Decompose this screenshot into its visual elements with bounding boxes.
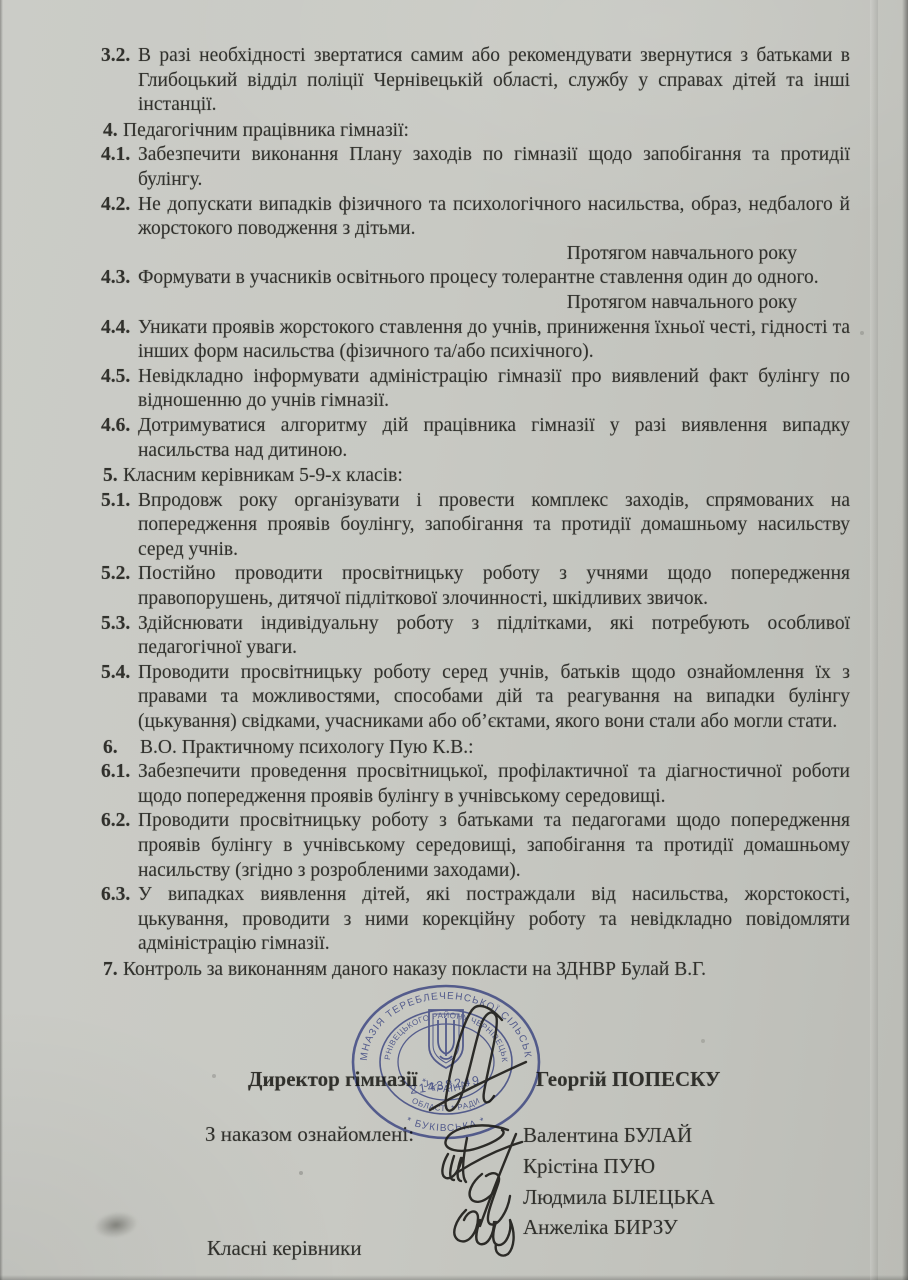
stamp-and-signatures: ГІМНАЗІЯ ТЕРЕБЛЕЧЕНСЬКОЇ СІЛЬСЬКОЇ * БУК… <box>330 958 630 1280</box>
signature-scribble-3 <box>458 1134 522 1226</box>
scan-specks <box>0 0 2 2</box>
svg-text:ЧЕРНІВЕЦЬКОГО РАЙОНУ ЧЕРНІВЕЦЬ: ЧЕРНІВЕЦЬКОГО РАЙОНУ ЧЕРНІВЕЦЬКОЇ <box>330 958 509 1062</box>
round-seal: ГІМНАЗІЯ ТЕРЕБЛЕЧЕНСЬКОЇ СІЛЬСЬКОЇ * БУК… <box>330 958 539 1138</box>
scanned-order-page: 3.2.В разі необхідності звертатися самим… <box>0 0 908 1280</box>
seal-ring-inner-top: ЧЕРНІВЕЦЬКОГО РАЙОНУ ЧЕРНІВЕЦЬКОЇ <box>330 958 509 1062</box>
